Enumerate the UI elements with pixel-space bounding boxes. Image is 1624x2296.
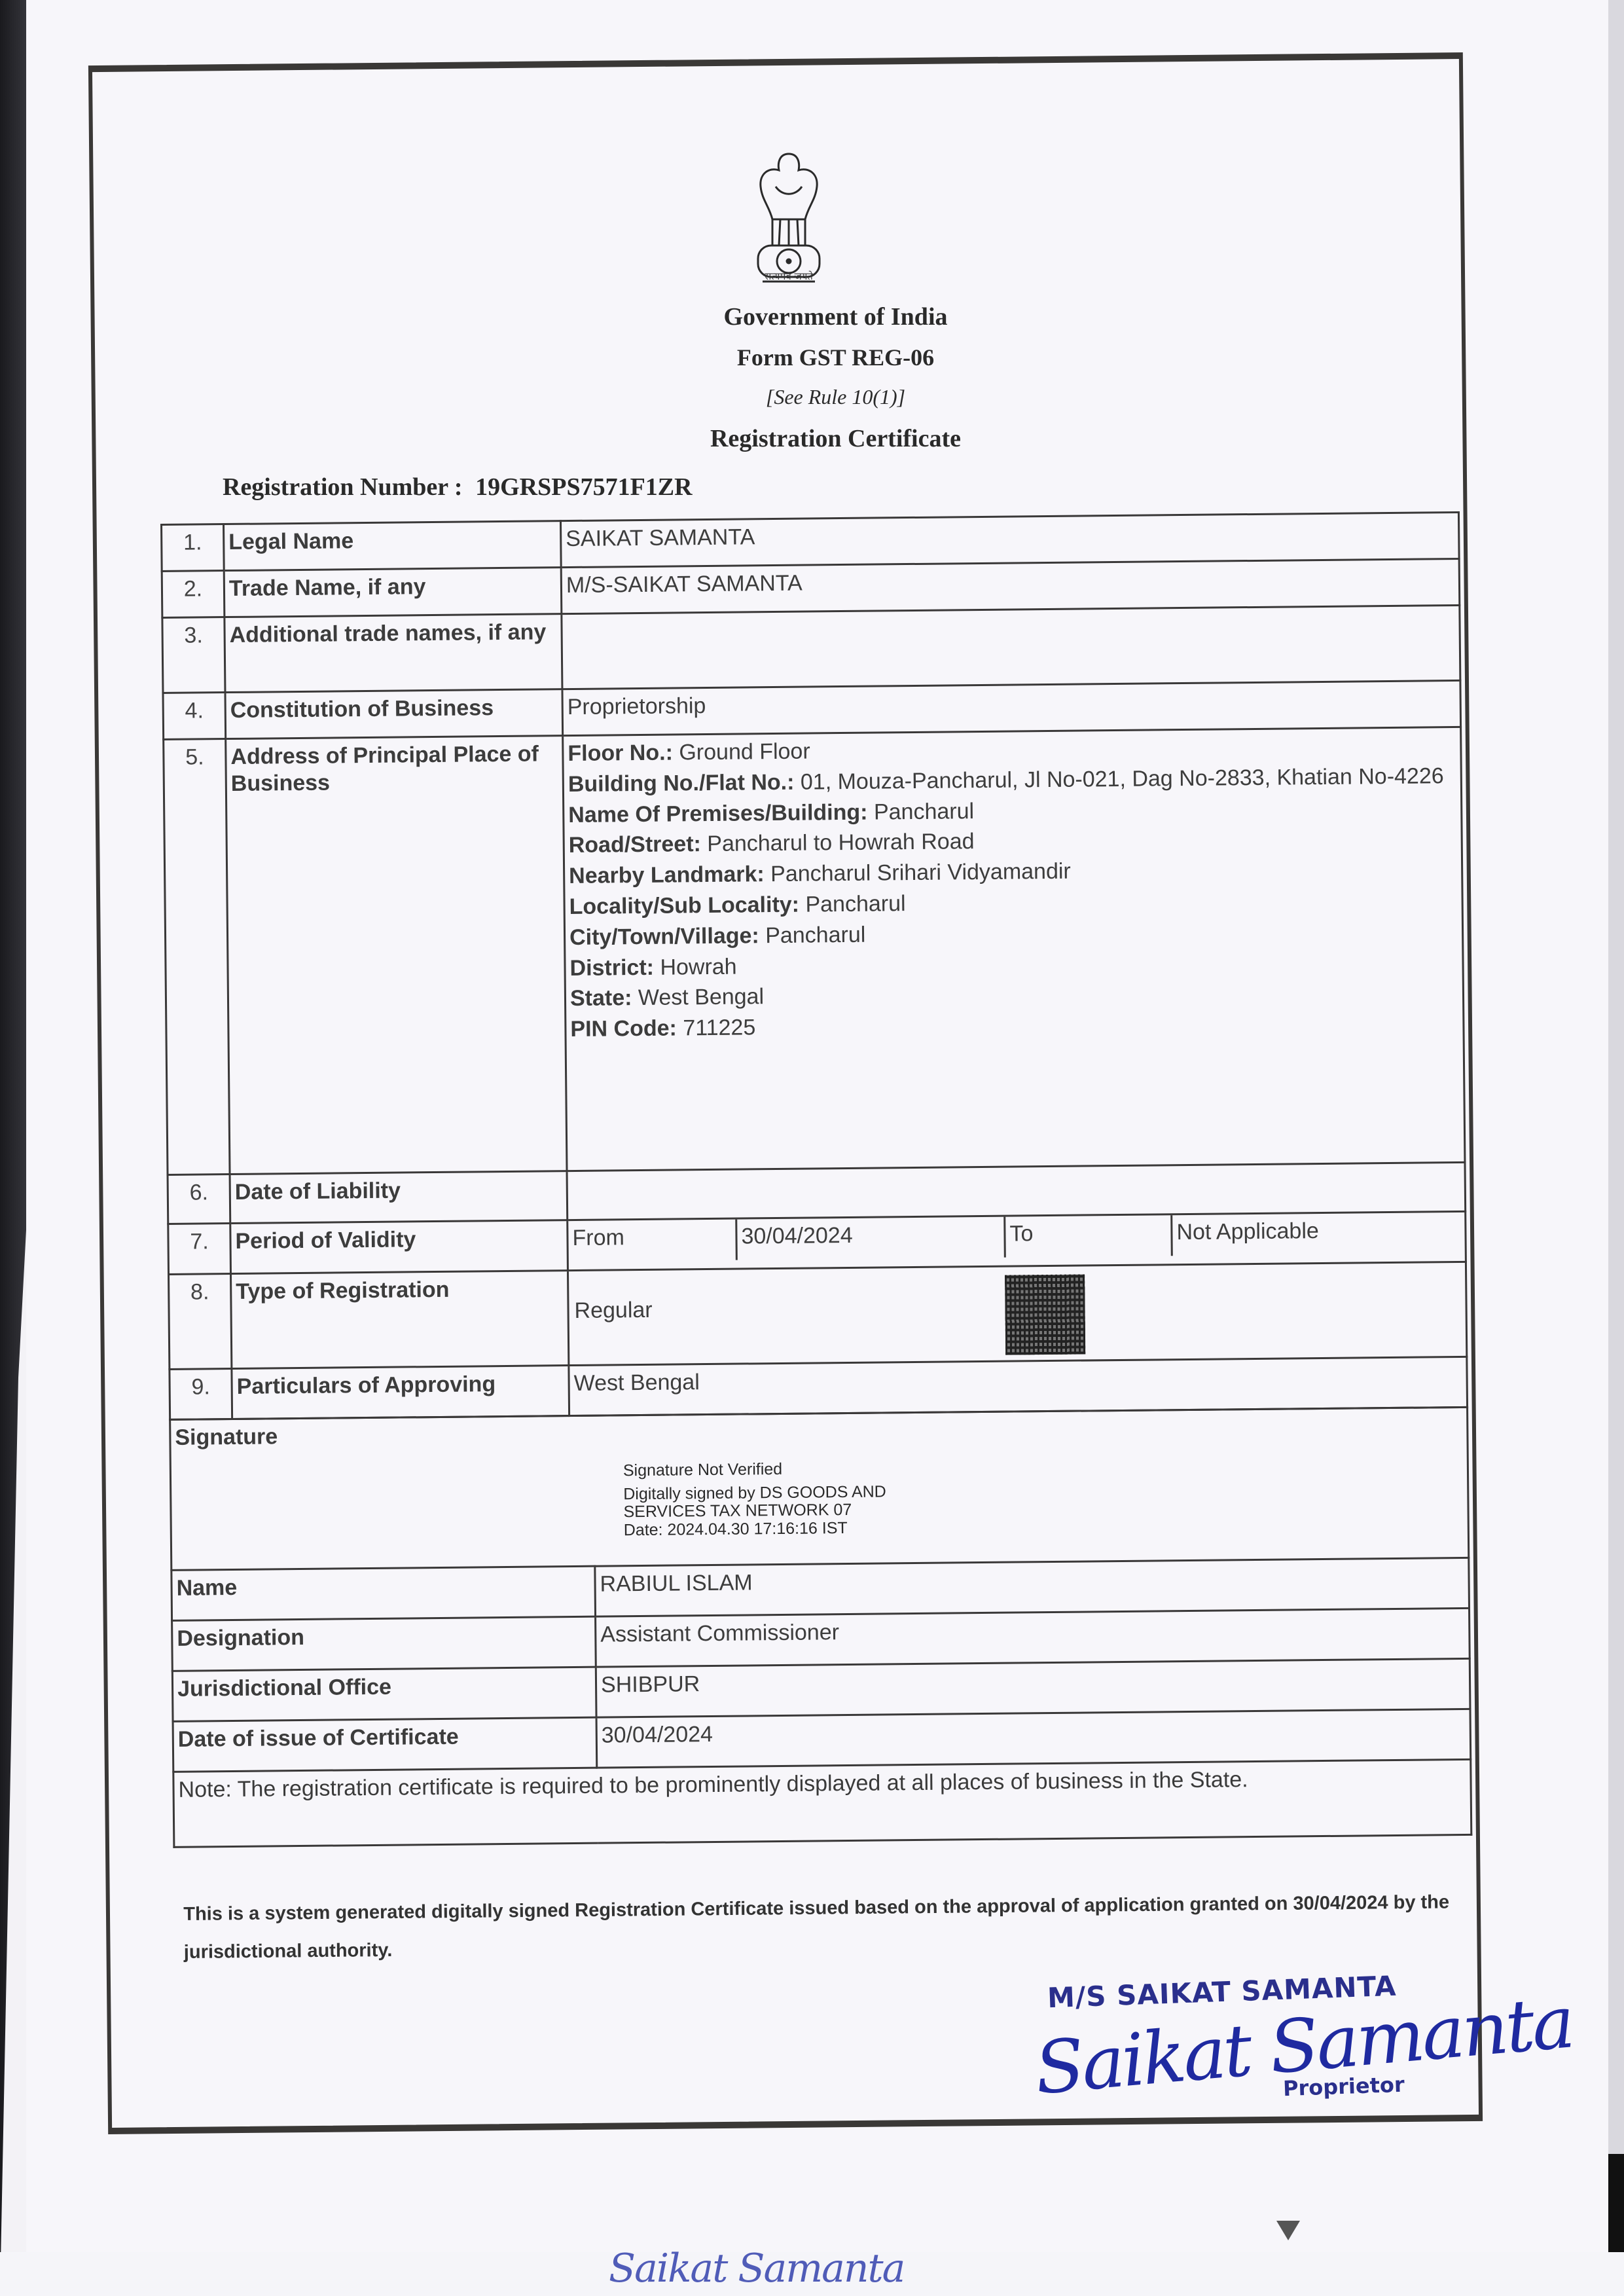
row-label: Address of Principal Place of Business xyxy=(226,736,567,1175)
row-label: Trade Name, if any xyxy=(224,568,562,617)
address-line: Road/Street: Pancharul to Howrah Road xyxy=(569,824,1457,859)
table-row: 5. Address of Principal Place of Busines… xyxy=(164,727,1465,1175)
trade-name-value: M/S-SAIKAT SAMANTA xyxy=(561,558,1460,613)
row-number: 5. xyxy=(164,739,230,1175)
row-label: Particulars of Approving xyxy=(232,1366,569,1419)
officer-label: Jurisdictional Office xyxy=(172,1667,596,1721)
row-number: 9. xyxy=(170,1369,232,1420)
designation-value: Assistant Commissioner xyxy=(596,1608,1470,1667)
digital-signature-block: Signature Not Verified Digitally signed … xyxy=(623,1459,887,1539)
note-text: Note: The registration certificate is re… xyxy=(173,1759,1471,1847)
national-emblem-icon xyxy=(740,147,838,288)
signature-label: Signature xyxy=(175,1412,1462,1451)
address-line: District: Howrah xyxy=(569,947,1458,982)
registration-type-value: Regular xyxy=(568,1262,1466,1365)
address-line: Building No./Flat No.: 01, Mouza-Panchar… xyxy=(568,763,1456,798)
officer-name-value: RABIUL ISLAM xyxy=(595,1558,1470,1616)
table-row: 3. Additional trade names, if any xyxy=(162,605,1460,693)
address-line: PIN Code: 711225 xyxy=(570,1008,1458,1043)
form-heading: Form GST REG-06 xyxy=(24,344,1624,371)
row-number: 6. xyxy=(168,1175,230,1224)
address-line: Nearby Landmark: Pancharul Srihari Vidya… xyxy=(569,854,1457,890)
registration-number-value: 19GRSPS7571F1ZR xyxy=(475,473,692,501)
validity-to-date: Not Applicable xyxy=(1170,1212,1465,1256)
row-label: Period of Validity xyxy=(230,1220,568,1274)
date-of-liability-value xyxy=(567,1162,1466,1220)
row-label: Additional trade names, if any xyxy=(225,614,562,693)
issue-date-value: 30/04/2024 xyxy=(596,1709,1471,1768)
validity-from-label: From xyxy=(568,1220,736,1262)
legal-name-value: SAIKAT SAMANTA xyxy=(560,512,1459,567)
additional-trade-names-value xyxy=(562,605,1460,689)
constitution-value: Proprietorship xyxy=(562,680,1461,735)
row-number: 1. xyxy=(162,524,225,572)
address-line: Locality/Sub Locality: Pancharul xyxy=(569,885,1457,920)
row-number: 2. xyxy=(162,571,225,618)
signature-date: Date: 2024.04.30 17:16:16 IST xyxy=(624,1519,887,1539)
signature-cell: Signature Signature Not Verified Digital… xyxy=(170,1407,1469,1570)
row-label: Constitution of Business xyxy=(225,689,563,739)
officer-label: Designation xyxy=(172,1616,596,1671)
row-number: 8. xyxy=(169,1274,232,1370)
registration-type-text: Regular xyxy=(574,1297,652,1324)
address-value: Floor No.: Ground Floor Building No./Fla… xyxy=(563,727,1465,1171)
signature-bleed-through: Saikat Samanta xyxy=(609,2246,904,2291)
table-row: 8. Type of Registration Regular xyxy=(169,1262,1467,1369)
registration-number: Registration Number : 19GRSPS7571F1ZR xyxy=(223,473,693,501)
officer-label: Date of issue of Certificate xyxy=(173,1717,597,1772)
validity-value: From 30/04/2024 To Not Applicable xyxy=(568,1211,1466,1270)
system-generated-note: This is a system generated digitally sig… xyxy=(183,1883,1460,1971)
certificate-table: 1. Legal Name SAIKAT SAMANTA 2. Trade Na… xyxy=(160,511,1472,1848)
scan-edge xyxy=(1608,2154,1624,2252)
certificate-title: Registration Certificate xyxy=(24,424,1624,453)
address-line: Floor No.: Ground Floor xyxy=(568,732,1456,767)
row-label: Legal Name xyxy=(224,521,562,571)
address-line: Name Of Premises/Building: Pancharul xyxy=(568,793,1456,829)
row-number: 4. xyxy=(163,693,226,740)
signature-status: Signature Not Verified xyxy=(623,1459,886,1480)
officer-label: Name xyxy=(171,1566,596,1620)
validity-to-label: To xyxy=(1003,1215,1171,1257)
address-line: State: West Bengal xyxy=(570,977,1458,1012)
address-line: City/Town/Village: Pancharul xyxy=(569,916,1458,951)
note-row: Note: The registration certificate is re… xyxy=(173,1759,1471,1847)
emblem-motto: सत्यमेव जयते xyxy=(733,270,844,283)
row-label: Type of Registration xyxy=(231,1271,569,1369)
row-number: 7. xyxy=(168,1224,231,1275)
row-label: Date of Liability xyxy=(230,1171,568,1224)
jurisdictional-office-value: SHIBPUR xyxy=(596,1658,1470,1717)
qr-code-icon xyxy=(1005,1274,1085,1355)
government-heading: Government of India xyxy=(24,302,1624,331)
validity-from-date: 30/04/2024 xyxy=(735,1217,1004,1260)
registration-number-label: Registration Number : xyxy=(223,473,463,501)
triangle-mark-icon xyxy=(1276,2221,1300,2240)
proprietor-stamp: Proprietor xyxy=(1282,2072,1405,2101)
signature-row: Signature Signature Not Verified Digital… xyxy=(170,1407,1469,1570)
row-number: 3. xyxy=(162,617,225,693)
rule-reference: [See Rule 10(1)] xyxy=(24,385,1624,409)
